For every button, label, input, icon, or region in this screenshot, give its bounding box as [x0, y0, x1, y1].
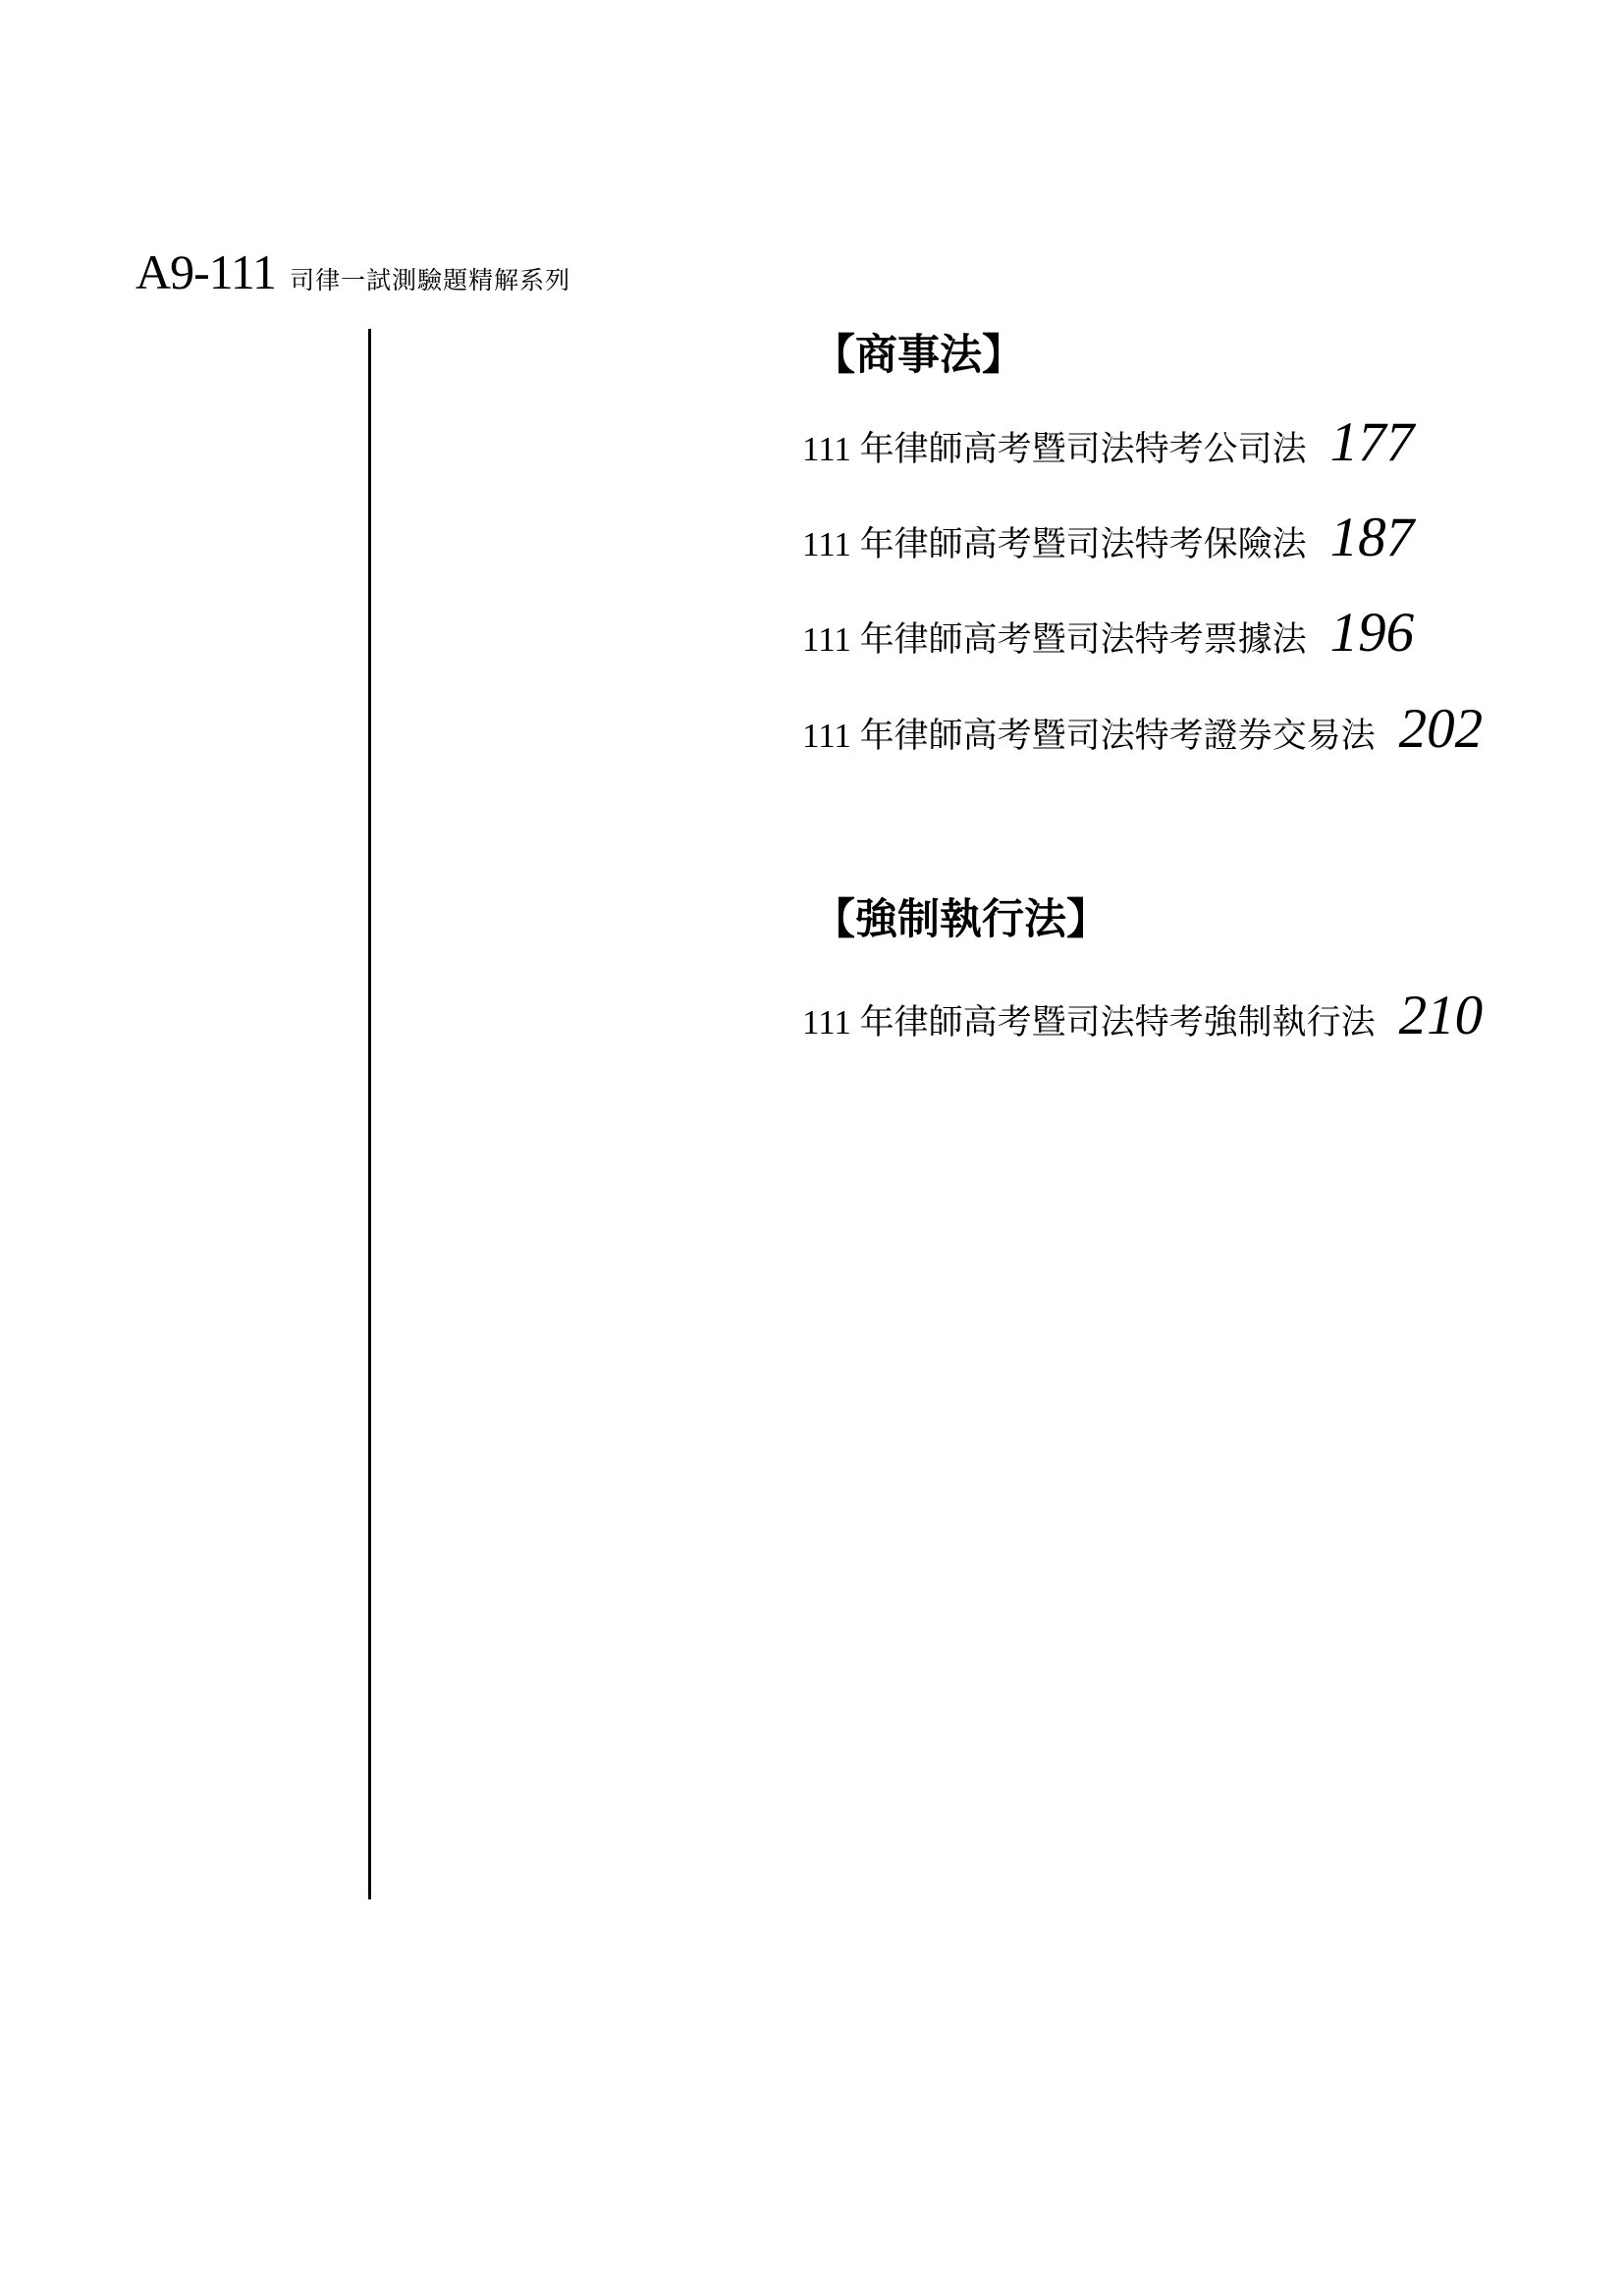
toc-entry: 111 年律師高考暨司法特考票據法 196: [802, 605, 1414, 661]
toc-entry: 111 年律師高考暨司法特考公司法 177: [802, 414, 1414, 470]
toc-entry: 111 年律師高考暨司法特考保險法 187: [802, 509, 1414, 565]
toc-entry-page: 196: [1330, 605, 1415, 661]
vertical-rule: [368, 329, 371, 1899]
toc-entry: 111 年律師高考暨司法特考強制執行法 210: [802, 988, 1483, 1043]
section-heading-compulsory-enforcement: 【強制執行法】: [813, 899, 1109, 941]
toc-entry-title: 111 年律師高考暨司法特考保險法: [802, 527, 1307, 561]
series-code: A9-111: [135, 247, 276, 296]
section-heading-commercial-law: 【商事法】: [813, 335, 1024, 377]
toc-entry-page: 202: [1399, 701, 1484, 757]
series-title: 司律一試測驗題精解系列: [290, 269, 570, 294]
toc-entry-title: 111 年律師高考暨司法特考票據法: [802, 622, 1307, 657]
document-page: A9-111 司律一試測驗題精解系列 【商事法】 111 年律師高考暨司法特考公…: [0, 0, 1624, 2296]
toc-entry-title: 111 年律師高考暨司法特考證券交易法: [802, 719, 1376, 753]
toc-entry-page: 210: [1399, 988, 1484, 1043]
toc-entry-title: 111 年律師高考暨司法特考公司法: [802, 432, 1307, 466]
toc-entry-title: 111 年律師高考暨司法特考強制執行法: [802, 1005, 1376, 1040]
toc-entry-page: 187: [1330, 509, 1415, 565]
series-header: A9-111 司律一試測驗題精解系列: [135, 247, 570, 296]
toc-entry: 111 年律師高考暨司法特考證券交易法 202: [802, 701, 1483, 757]
toc-entry-page: 177: [1330, 414, 1415, 470]
